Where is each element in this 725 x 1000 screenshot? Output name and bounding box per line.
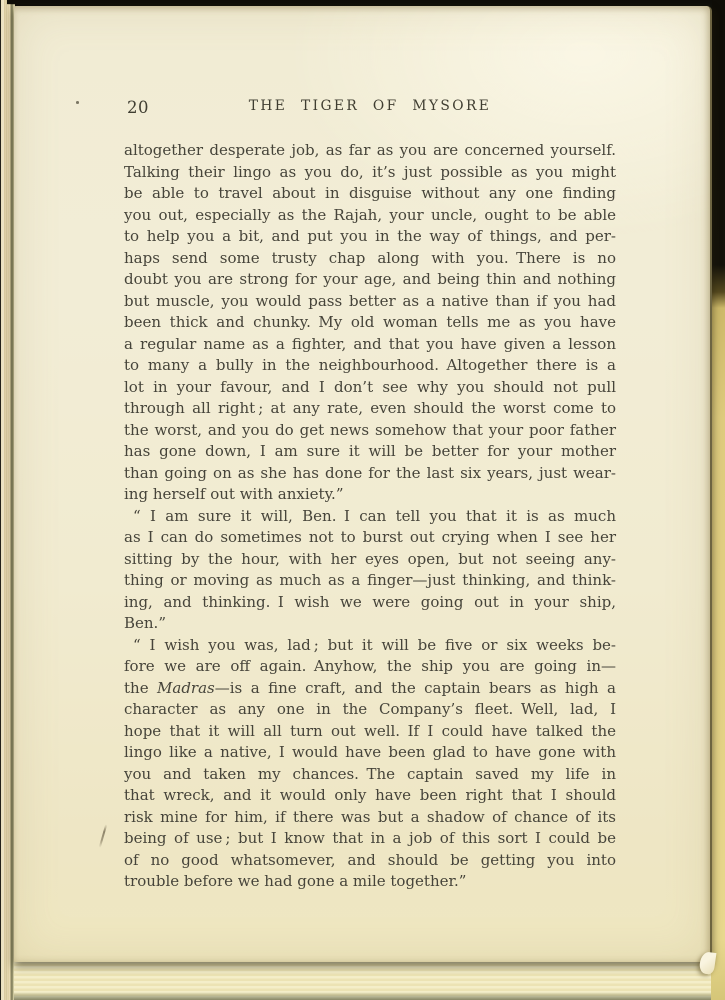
text-line: has gone down, I am sure it will be bett… [124, 441, 616, 463]
text-line: to many a bully in the neighbourhood. Al… [124, 355, 616, 377]
text-line: risk mine for him, if there was but a sh… [124, 807, 616, 829]
text-line: to help you a bit, and put you in the wa… [124, 226, 616, 248]
text-line: fore we are off again. Anyhow, the ship … [124, 656, 616, 678]
text-line: but muscle, you would pass better as a n… [124, 291, 616, 313]
pencil-mark [99, 824, 108, 848]
running-title: THE TIGER OF MYSORE [124, 98, 616, 114]
text-line: been thick and chunky. My old woman tell… [124, 312, 616, 334]
text-line: Ben.” [124, 613, 616, 635]
paper-speck [76, 101, 79, 104]
bottom-page-edges [14, 956, 712, 1000]
page-text: altogether desperate job, as far as you … [124, 140, 616, 893]
text-line: lot in your favour, and I don’t see why … [124, 377, 616, 399]
text-line: Talking their lingo as you do, it’s just… [124, 162, 616, 184]
text-line: than going on as she has done for the la… [124, 463, 616, 485]
text-line: doubt you are strong for your age, and b… [124, 269, 616, 291]
book-page: 20 THE TIGER OF MYSORE altogether desper… [14, 6, 712, 962]
text-line: trouble before we had gone a mile togeth… [124, 871, 616, 893]
text-line: hope that it will all turn out well. If … [124, 721, 616, 743]
text-segment: —is a fine craft, and the captain bears … [215, 679, 616, 697]
text-line: thing or moving as much as a finger—just… [124, 570, 616, 592]
text-line: through all right ; at any rate, even sh… [124, 398, 616, 420]
right-page-edges [711, 0, 725, 1000]
text-line: being of use ; but I know that in a job … [124, 828, 616, 850]
text-line: be able to travel about in disguise with… [124, 183, 616, 205]
text-line: the worst, and you do get news somehow t… [124, 420, 616, 442]
text-line: a regular name as a fighter, and that yo… [124, 334, 616, 356]
left-page-edges [0, 0, 15, 1000]
paper-speck [240, 305, 242, 307]
text-line: you and taken my chances. The captain sa… [124, 764, 616, 786]
text-line: of no good whatsomever, and should be ge… [124, 850, 616, 872]
paragraph: “ I wish you was, lad ; but it will be f… [124, 635, 616, 893]
text-line: sitting by the hour, with her eyes open,… [124, 549, 616, 571]
text-line: that wreck, and it would only have been … [124, 785, 616, 807]
page-number: 20 [127, 98, 149, 117]
paragraph: “ I am sure it will, Ben. I can tell you… [124, 506, 616, 635]
text-line: character as any one in the Company’s fl… [124, 699, 616, 721]
book-scan: 20 THE TIGER OF MYSORE altogether desper… [0, 0, 725, 1000]
text-line: you out, especially as the Rajah, your u… [124, 205, 616, 227]
page-header: 20 THE TIGER OF MYSORE [124, 98, 616, 118]
text-segment: the [124, 679, 157, 697]
text-line: lingo like a native, I would have been g… [124, 742, 616, 764]
paragraph: altogether desperate job, as far as you … [124, 140, 616, 506]
text-line: “ I am sure it will, Ben. I can tell you… [124, 506, 616, 528]
text-line: the Madras—is a fine craft, and the capt… [124, 678, 616, 700]
text-line: “ I wish you was, lad ; but it will be f… [124, 635, 616, 657]
text-line: haps send some trusty chap along with yo… [124, 248, 616, 270]
text-line: altogether desperate job, as far as you … [124, 140, 616, 162]
text-line: as I can do sometimes not to burst out c… [124, 527, 616, 549]
text-line: ing, and thinking. I wish we were going … [124, 592, 616, 614]
text-line: ing herself out with anxiety.” [124, 484, 616, 506]
ship-name-italic: Madras [157, 679, 215, 697]
